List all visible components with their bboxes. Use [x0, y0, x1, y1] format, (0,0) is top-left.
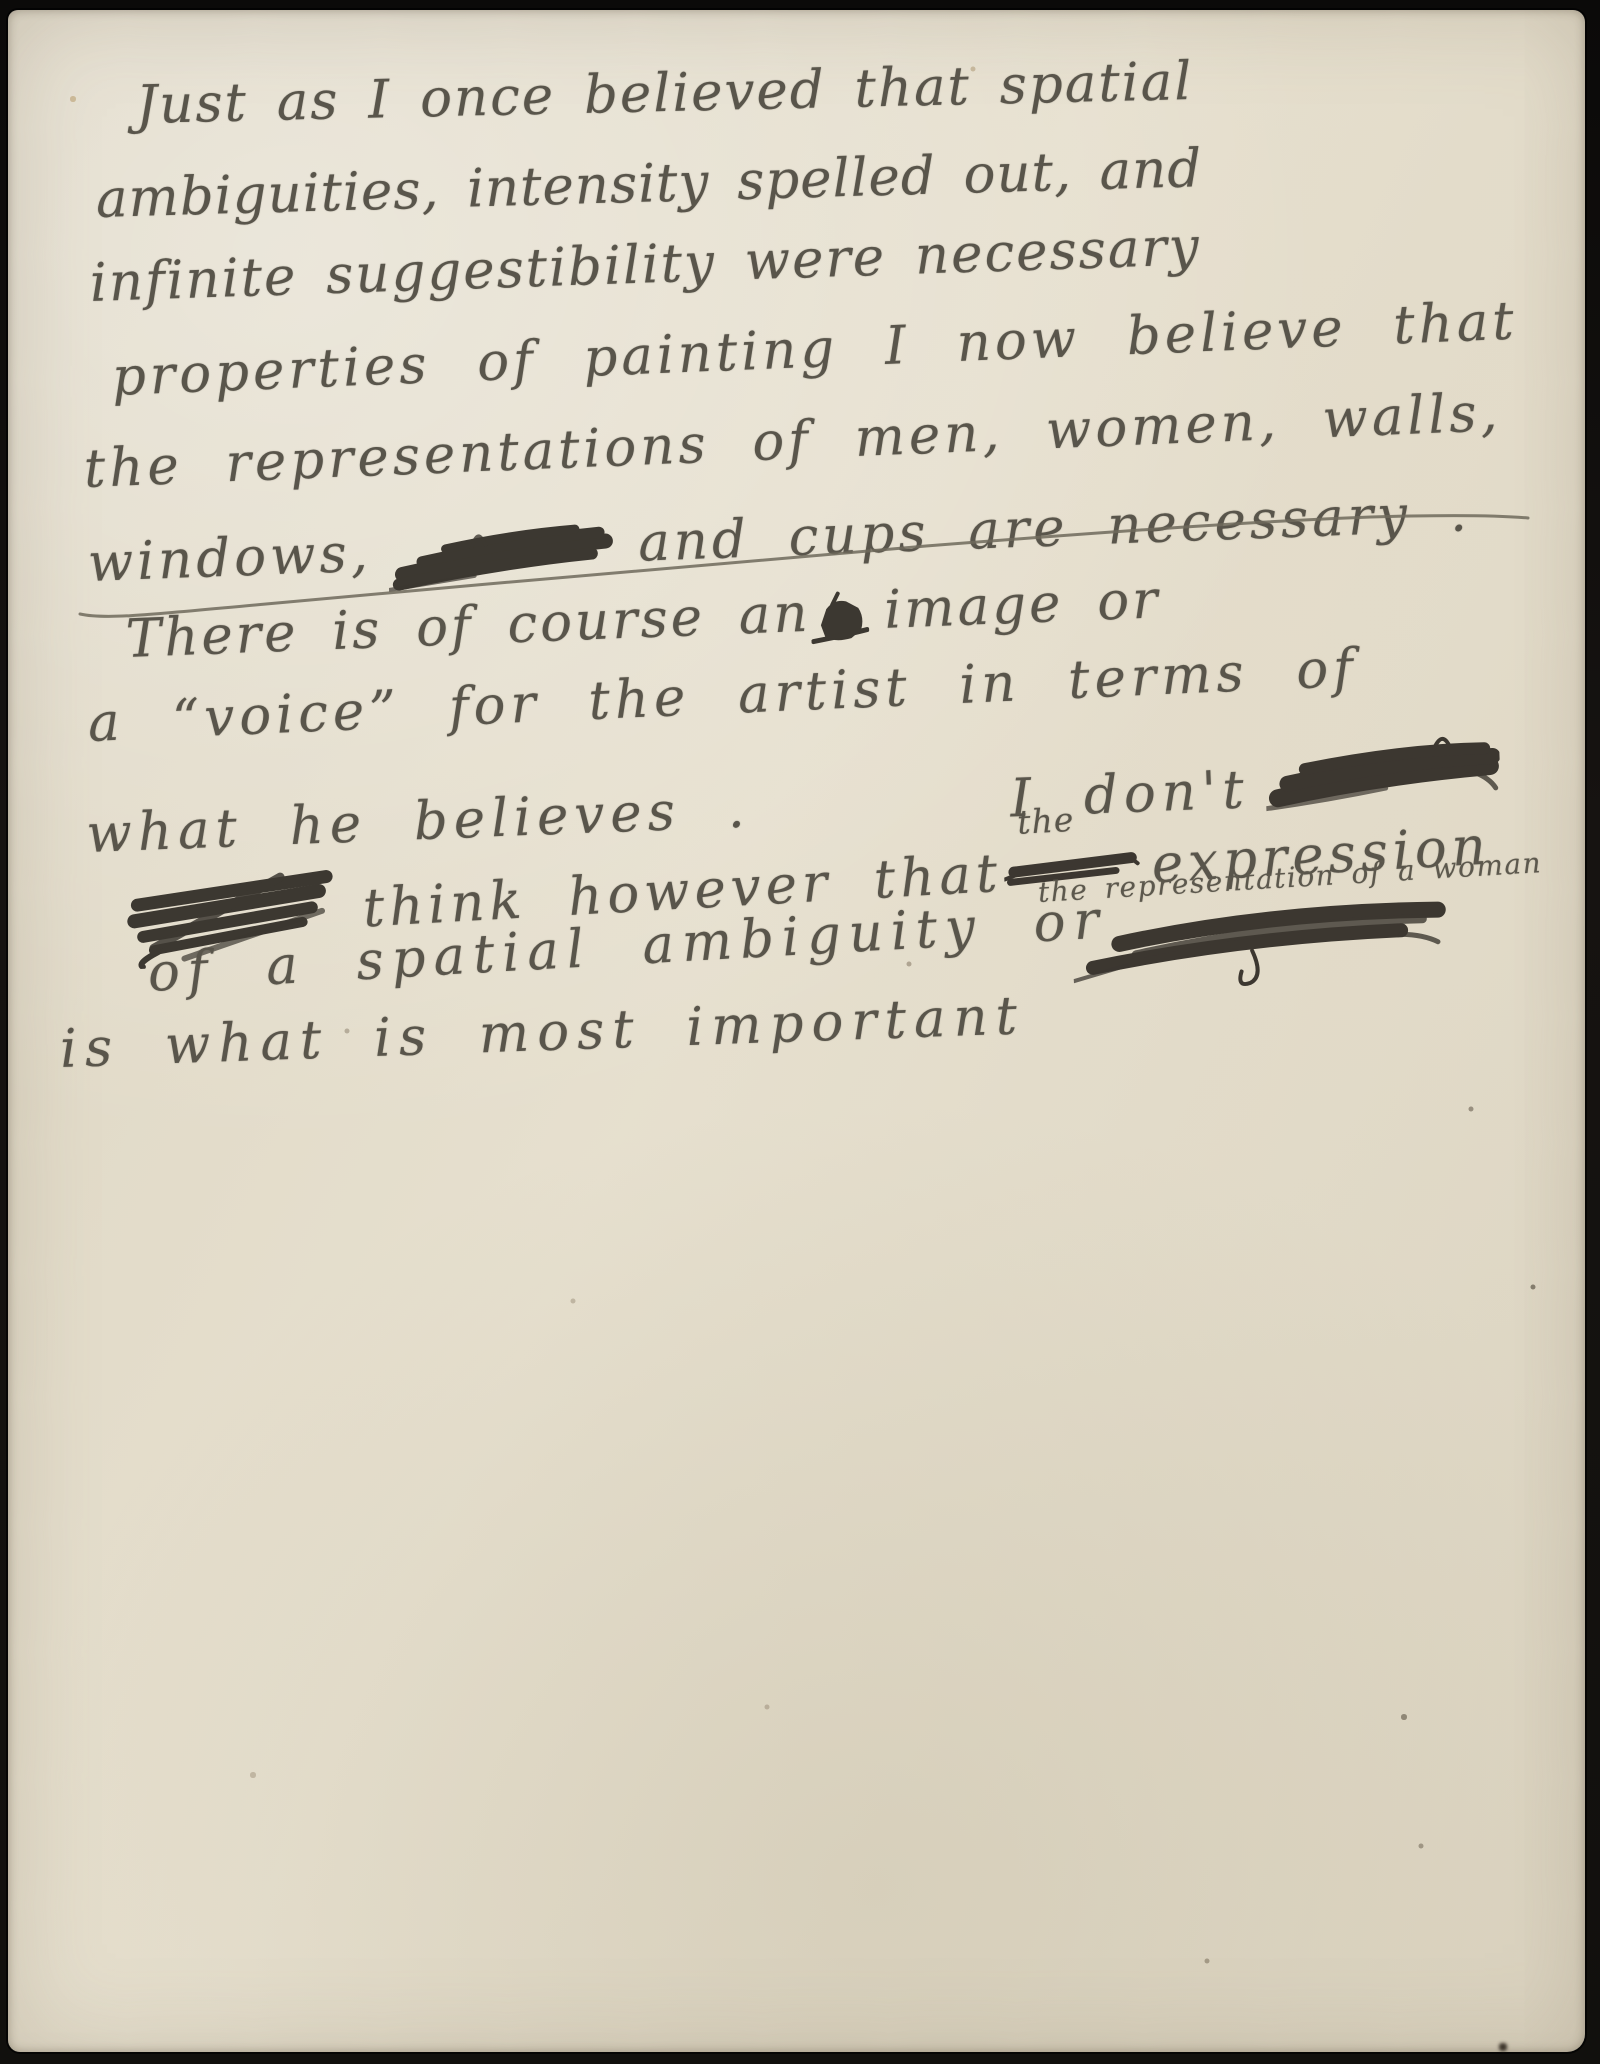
- scratched-out-letter-blot: [810, 587, 870, 645]
- handwritten-line-2: ambiguities, intensity spelled out, and: [95, 139, 1203, 231]
- handwritten-line-3: infinite suggestibility were necessary: [89, 217, 1202, 315]
- manuscript-page: Just as I once believed that spatial amb…: [8, 10, 1585, 2052]
- photo-backdrop: Just as I once believed that spatial amb…: [0, 0, 1600, 2064]
- handwritten-line-1: Just as I once believed that spatial: [135, 52, 1194, 137]
- superscript-the: the: [1016, 801, 1075, 842]
- paper-specks: [8, 10, 10, 12]
- line7-text-after: image or: [883, 570, 1161, 641]
